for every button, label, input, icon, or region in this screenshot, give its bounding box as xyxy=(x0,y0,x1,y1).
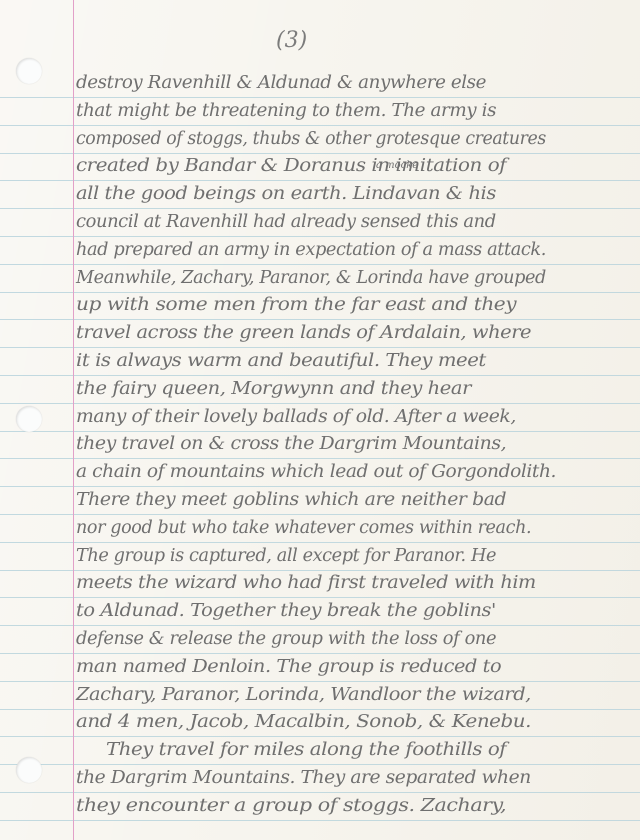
rule-line xyxy=(0,681,640,682)
rule-line xyxy=(0,125,640,126)
rule-line xyxy=(0,709,640,710)
rule-line xyxy=(0,597,640,598)
text-line: that might be threatening to them. The a… xyxy=(76,101,496,121)
rule-line xyxy=(0,570,640,571)
rule-line xyxy=(0,236,640,237)
text-line: the fairy queen, Morgwynn and they hear xyxy=(76,379,471,399)
rule-line xyxy=(0,403,640,404)
text-line: created by Bandar & Doranus in imitation… xyxy=(76,156,506,176)
rule-line xyxy=(0,792,640,793)
text-line: had prepared an army in expectation of a… xyxy=(76,240,546,260)
binder-hole-middle xyxy=(16,406,42,432)
rule-line xyxy=(0,180,640,181)
text-line: travel across the green lands of Ardalai… xyxy=(76,323,531,343)
rule-line xyxy=(0,542,640,543)
text-line: they encounter a group of stoggs. Zachar… xyxy=(76,796,506,816)
text-line: up with some men from the far east and t… xyxy=(76,295,516,315)
margin-line xyxy=(73,0,74,840)
binder-hole-bottom xyxy=(16,757,42,783)
rule-line xyxy=(0,486,640,487)
rule-line xyxy=(0,292,640,293)
text-line: to Aldunad. Together they break the gobl… xyxy=(76,601,496,621)
page-number: (3) xyxy=(276,28,307,53)
binder-hole-top xyxy=(16,58,42,84)
text-line: man named Denloin. The group is reduced … xyxy=(76,657,501,677)
notebook-page: (3) a mocke destroy Ravenhill & Aldunad … xyxy=(0,0,640,840)
rule-line xyxy=(0,764,640,765)
text-line: meets the wizard who had first traveled … xyxy=(76,573,536,593)
rule-line xyxy=(0,319,640,320)
rule-line xyxy=(0,458,640,459)
rule-line xyxy=(0,653,640,654)
rule-line xyxy=(0,625,640,626)
text-line: They travel for miles along the foothill… xyxy=(106,740,506,760)
rule-line xyxy=(0,514,640,515)
text-line: and 4 men, Jacob, Macalbin, Sonob, & Ken… xyxy=(76,712,531,732)
rule-line xyxy=(0,736,640,737)
text-line: composed of stoggs, thubs & other grotes… xyxy=(76,129,546,149)
text-line: defense & release the group with the los… xyxy=(76,629,496,649)
text-line: Zachary, Paranor, Lorinda, Wandloor the … xyxy=(76,685,531,705)
text-line: Meanwhile, Zachary, Paranor, & Lorinda h… xyxy=(76,268,546,288)
text-line: council at Ravenhill had already sensed … xyxy=(76,212,496,232)
text-line: many of their lovely ballads of old. Aft… xyxy=(76,407,516,427)
rule-line xyxy=(0,431,640,432)
rule-line xyxy=(0,820,640,821)
rule-line xyxy=(0,264,640,265)
text-line: a chain of mountains which lead out of G… xyxy=(76,462,556,482)
text-line: it is always warm and beautiful. They me… xyxy=(76,351,486,371)
text-line: nor good but who take whatever comes wit… xyxy=(76,518,531,538)
rule-line xyxy=(0,347,640,348)
text-line: all the good beings on earth. Lindavan &… xyxy=(76,184,496,204)
text-line: The group is captured, all except for Pa… xyxy=(76,546,496,566)
text-line: destroy Ravenhill & Aldunad & anywhere e… xyxy=(76,73,486,93)
rule-line xyxy=(0,375,640,376)
text-line: the Dargrim Mountains. They are separate… xyxy=(76,768,531,788)
text-line: There they meet goblins which are neithe… xyxy=(76,490,506,510)
text-line: they travel on & cross the Dargrim Mount… xyxy=(76,434,506,454)
rule-line xyxy=(0,97,640,98)
rule-line xyxy=(0,153,640,154)
rule-line xyxy=(0,208,640,209)
